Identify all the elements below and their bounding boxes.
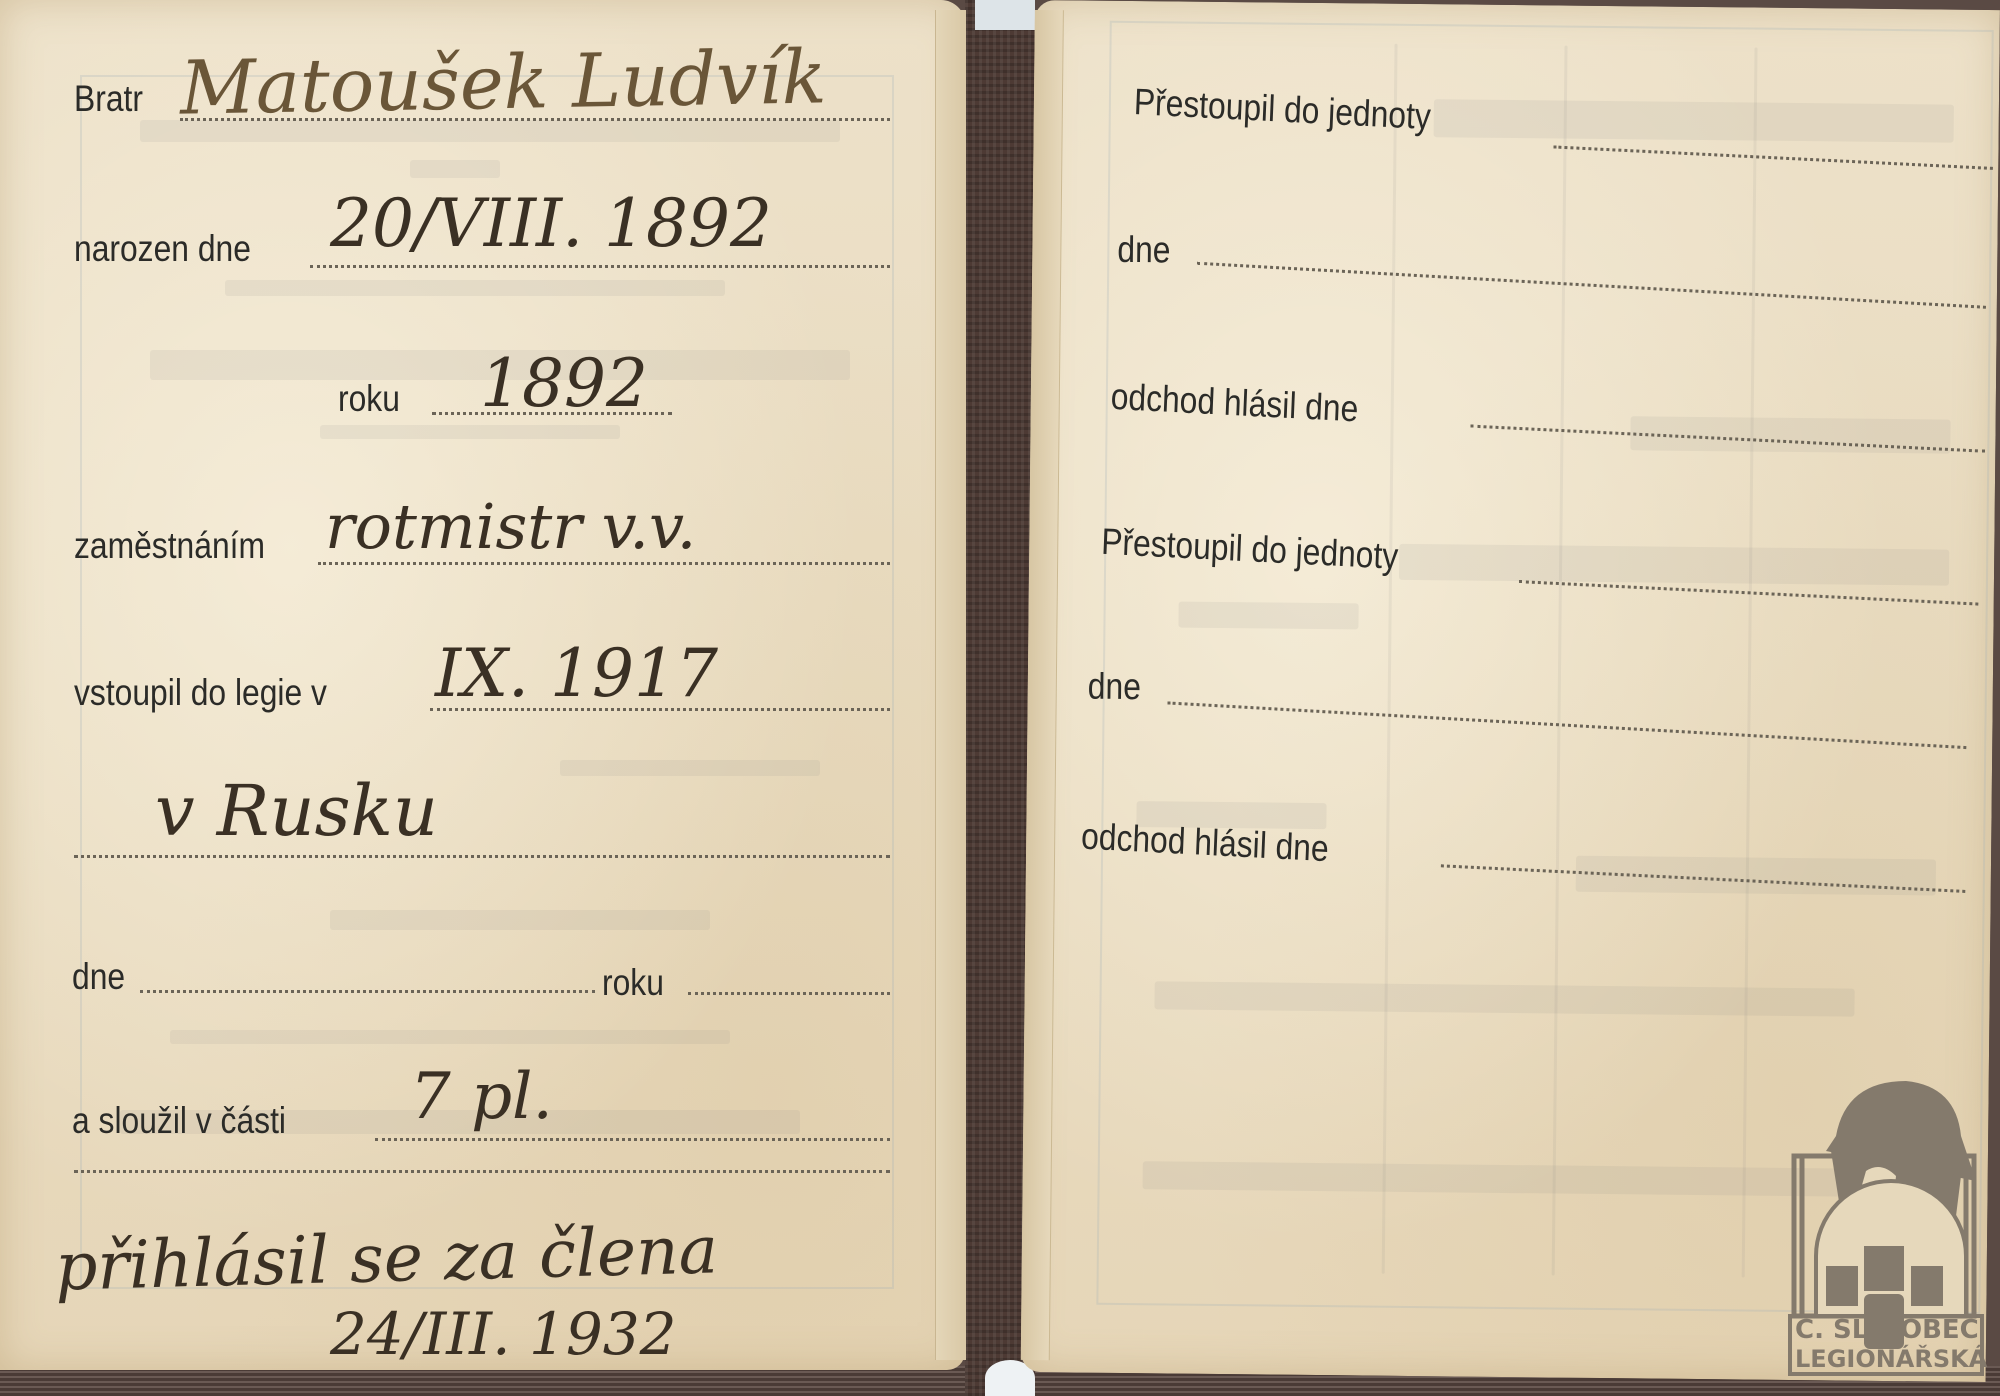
label-zamestnanim: zaměstnáním — [74, 525, 265, 567]
label-dne: dne — [72, 956, 125, 998]
field-line-sloužil-v-casti — [375, 1138, 890, 1141]
left-page: Bratr Matoušek Ludvík narozen dne 20/VII… — [0, 0, 965, 1370]
ghost-print-block — [170, 1030, 730, 1044]
field-line-roku-2 — [688, 992, 890, 995]
field-value-sloužil-v-casti: 7 pl. — [410, 1060, 553, 1134]
page-stack-edge — [935, 10, 966, 1360]
field-line-dne — [140, 990, 595, 993]
logo-text-obec: OBEC — [1900, 1315, 1979, 1345]
field-value-zamestnanim: rotmistr v.v. — [325, 490, 696, 563]
label-dne-1: dne — [1117, 229, 1171, 272]
note-registration-date: 24/III. 1932 — [330, 1300, 677, 1368]
field-value-roku: 1892 — [480, 345, 648, 422]
note-registered-as-member: přihlásil se za člena — [54, 1211, 719, 1305]
logo-text-csl: Č. SL. — [1795, 1315, 1878, 1345]
label-sloužil-v-casti: a sloužil v části — [72, 1100, 286, 1142]
field-line-narozen-dne — [310, 265, 890, 268]
field-line-place — [74, 855, 890, 858]
label-roku: roku — [338, 378, 400, 420]
field-value-narozen-dne: 20/VIII. 1892 — [330, 185, 772, 262]
ghost-print-block — [410, 160, 500, 178]
ghost-print-block — [1178, 602, 1358, 630]
ghost-print-block — [225, 280, 725, 296]
field-value-vstoupil-do-legie: IX. 1917 — [435, 635, 718, 712]
logo-text-legionarska: LEGIONÁŘSKÁ — [1795, 1345, 1987, 1373]
label-roku-2: roku — [602, 962, 664, 1004]
label-narozen-dne: narozen dne — [74, 228, 251, 270]
field-value-place: v Rusku — [155, 770, 438, 852]
field-line-blank — [74, 1170, 890, 1173]
ghost-print-block — [1434, 99, 1954, 142]
spine-gap-top — [975, 0, 1035, 30]
ghost-print-block — [1399, 544, 1949, 586]
label-dne-2: dne — [1088, 666, 1142, 709]
field-value-bratr: Matoušek Ludvík — [179, 34, 827, 131]
ghost-print-block — [330, 910, 710, 930]
ghost-print-block — [560, 760, 820, 776]
ghost-print-block — [320, 425, 620, 439]
label-vstoupil-do-legie: vstoupil do legie v — [74, 672, 327, 714]
label-bratr: Bratr — [74, 78, 143, 120]
